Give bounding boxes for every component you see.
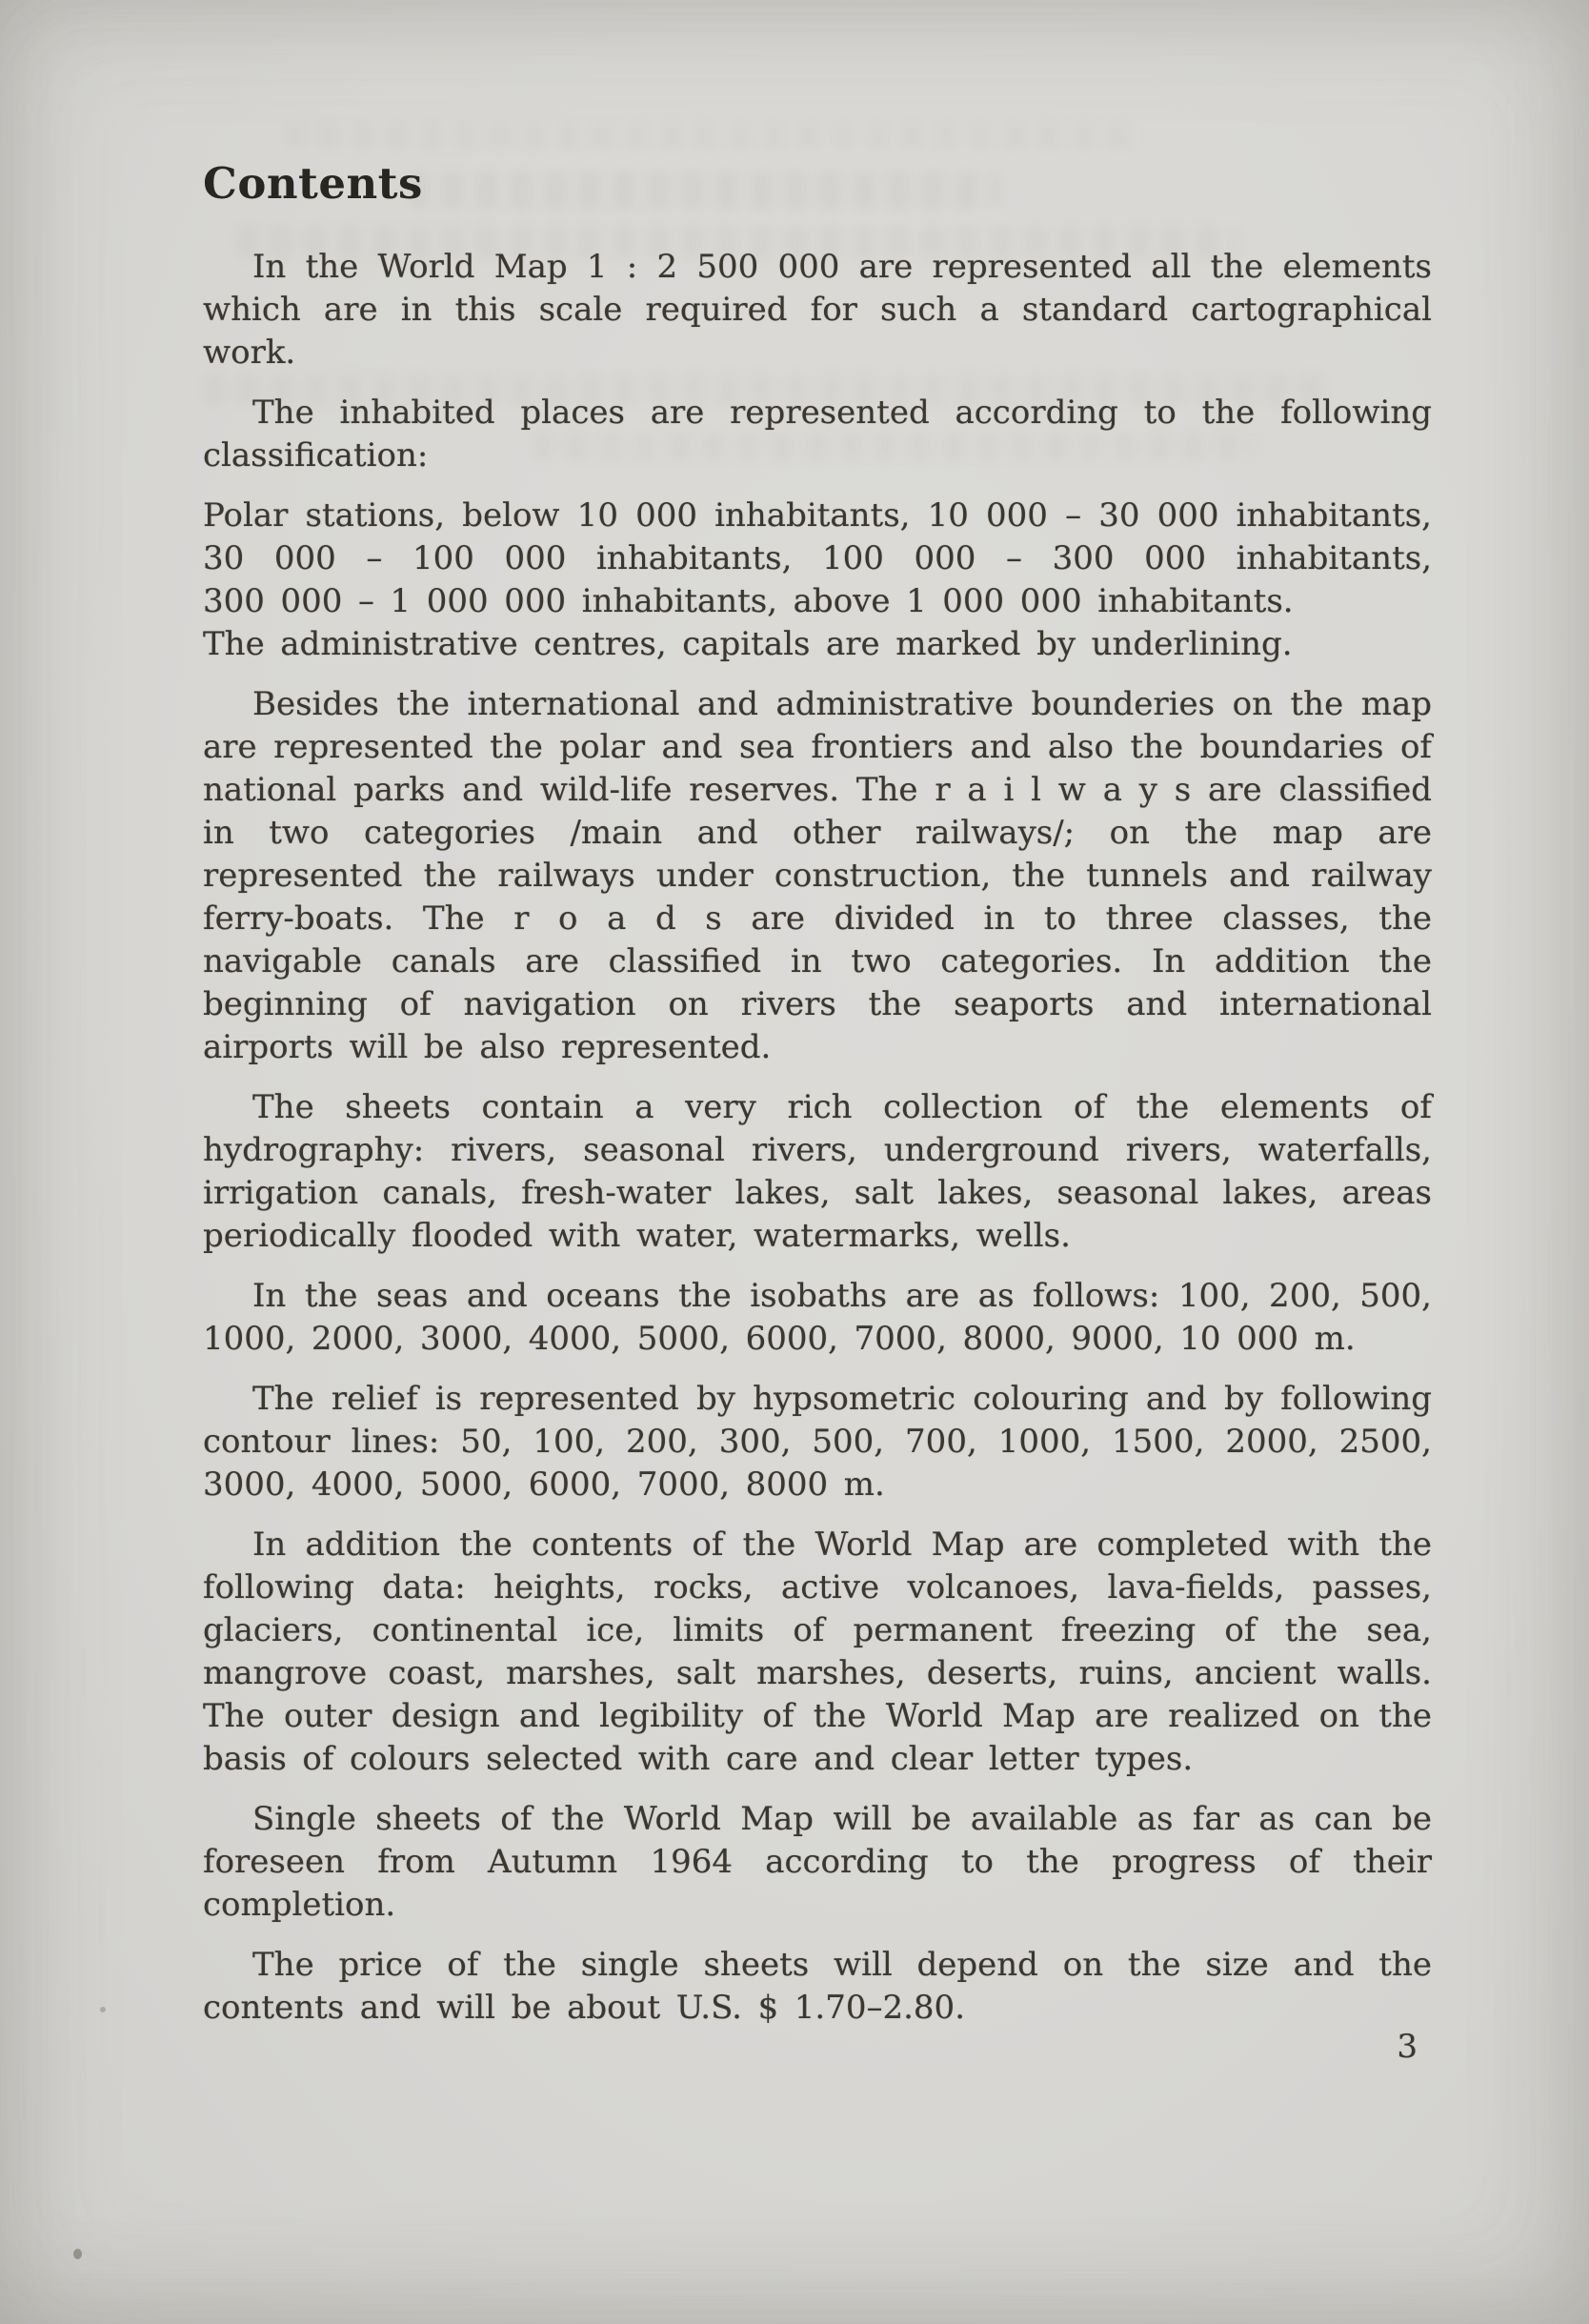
text-block: Contents In the World Map 1 : 2 500 000 … <box>203 160 1432 2047</box>
bleed-through-ghost <box>286 122 1143 151</box>
page-number: 3 <box>1397 2028 1418 2066</box>
para-inhabited-places: The inhabited places are represented acc… <box>203 392 1432 477</box>
scanned-book-page: Contents In the World Map 1 : 2 500 000 … <box>0 0 1589 2324</box>
para-population-classes: Polar stations, below 10 000 inhabitants… <box>203 495 1432 623</box>
para-availability: Single sheets of the World Map will be a… <box>203 1798 1432 1927</box>
para-boundaries-railways-roads: Besides the international and administra… <box>203 683 1432 1069</box>
para-additional-contents: In addition the contents of the World Ma… <box>203 1524 1432 1781</box>
paper-speck <box>100 2007 106 2012</box>
para-isobaths: In the seas and oceans the isobaths are … <box>203 1275 1432 1361</box>
page-title: Contents <box>203 160 1432 208</box>
paper-speck <box>73 2249 82 2259</box>
para-world-map-intro: In the World Map 1 : 2 500 000 are repre… <box>203 246 1432 374</box>
para-relief-contours: The relief is represented by hypsometric… <box>203 1378 1432 1506</box>
para-price: The price of the single sheets will depe… <box>203 1944 1432 2030</box>
para-administrative-centres: The administrative centres, capitals are… <box>203 623 1432 666</box>
para-hydrography: The sheets contain a very rich collectio… <box>203 1086 1432 1258</box>
